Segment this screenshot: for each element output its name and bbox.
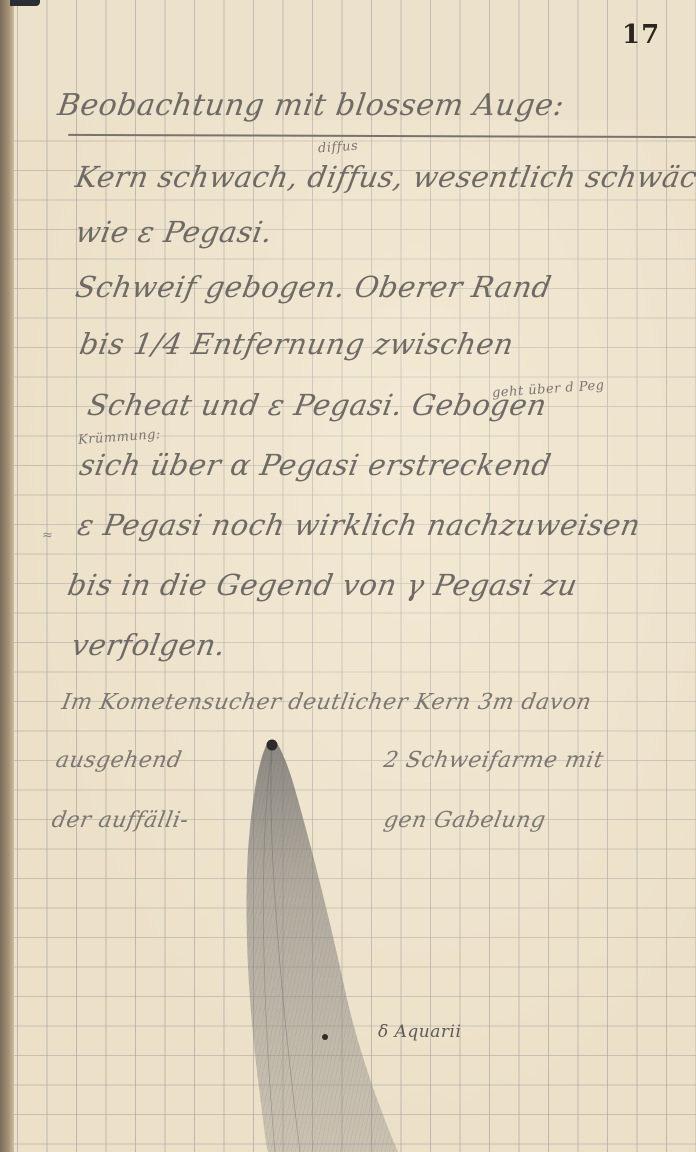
star-delta-aquarii [322, 1034, 328, 1040]
star-label: δ Aquarii [378, 1022, 461, 1042]
notebook-page: 17 Beobachtung mit blossem Auge: diffus … [0, 0, 696, 1152]
comet-nucleus [267, 740, 278, 751]
comet-drawing [0, 0, 696, 1152]
comet-tail [246, 742, 398, 1152]
